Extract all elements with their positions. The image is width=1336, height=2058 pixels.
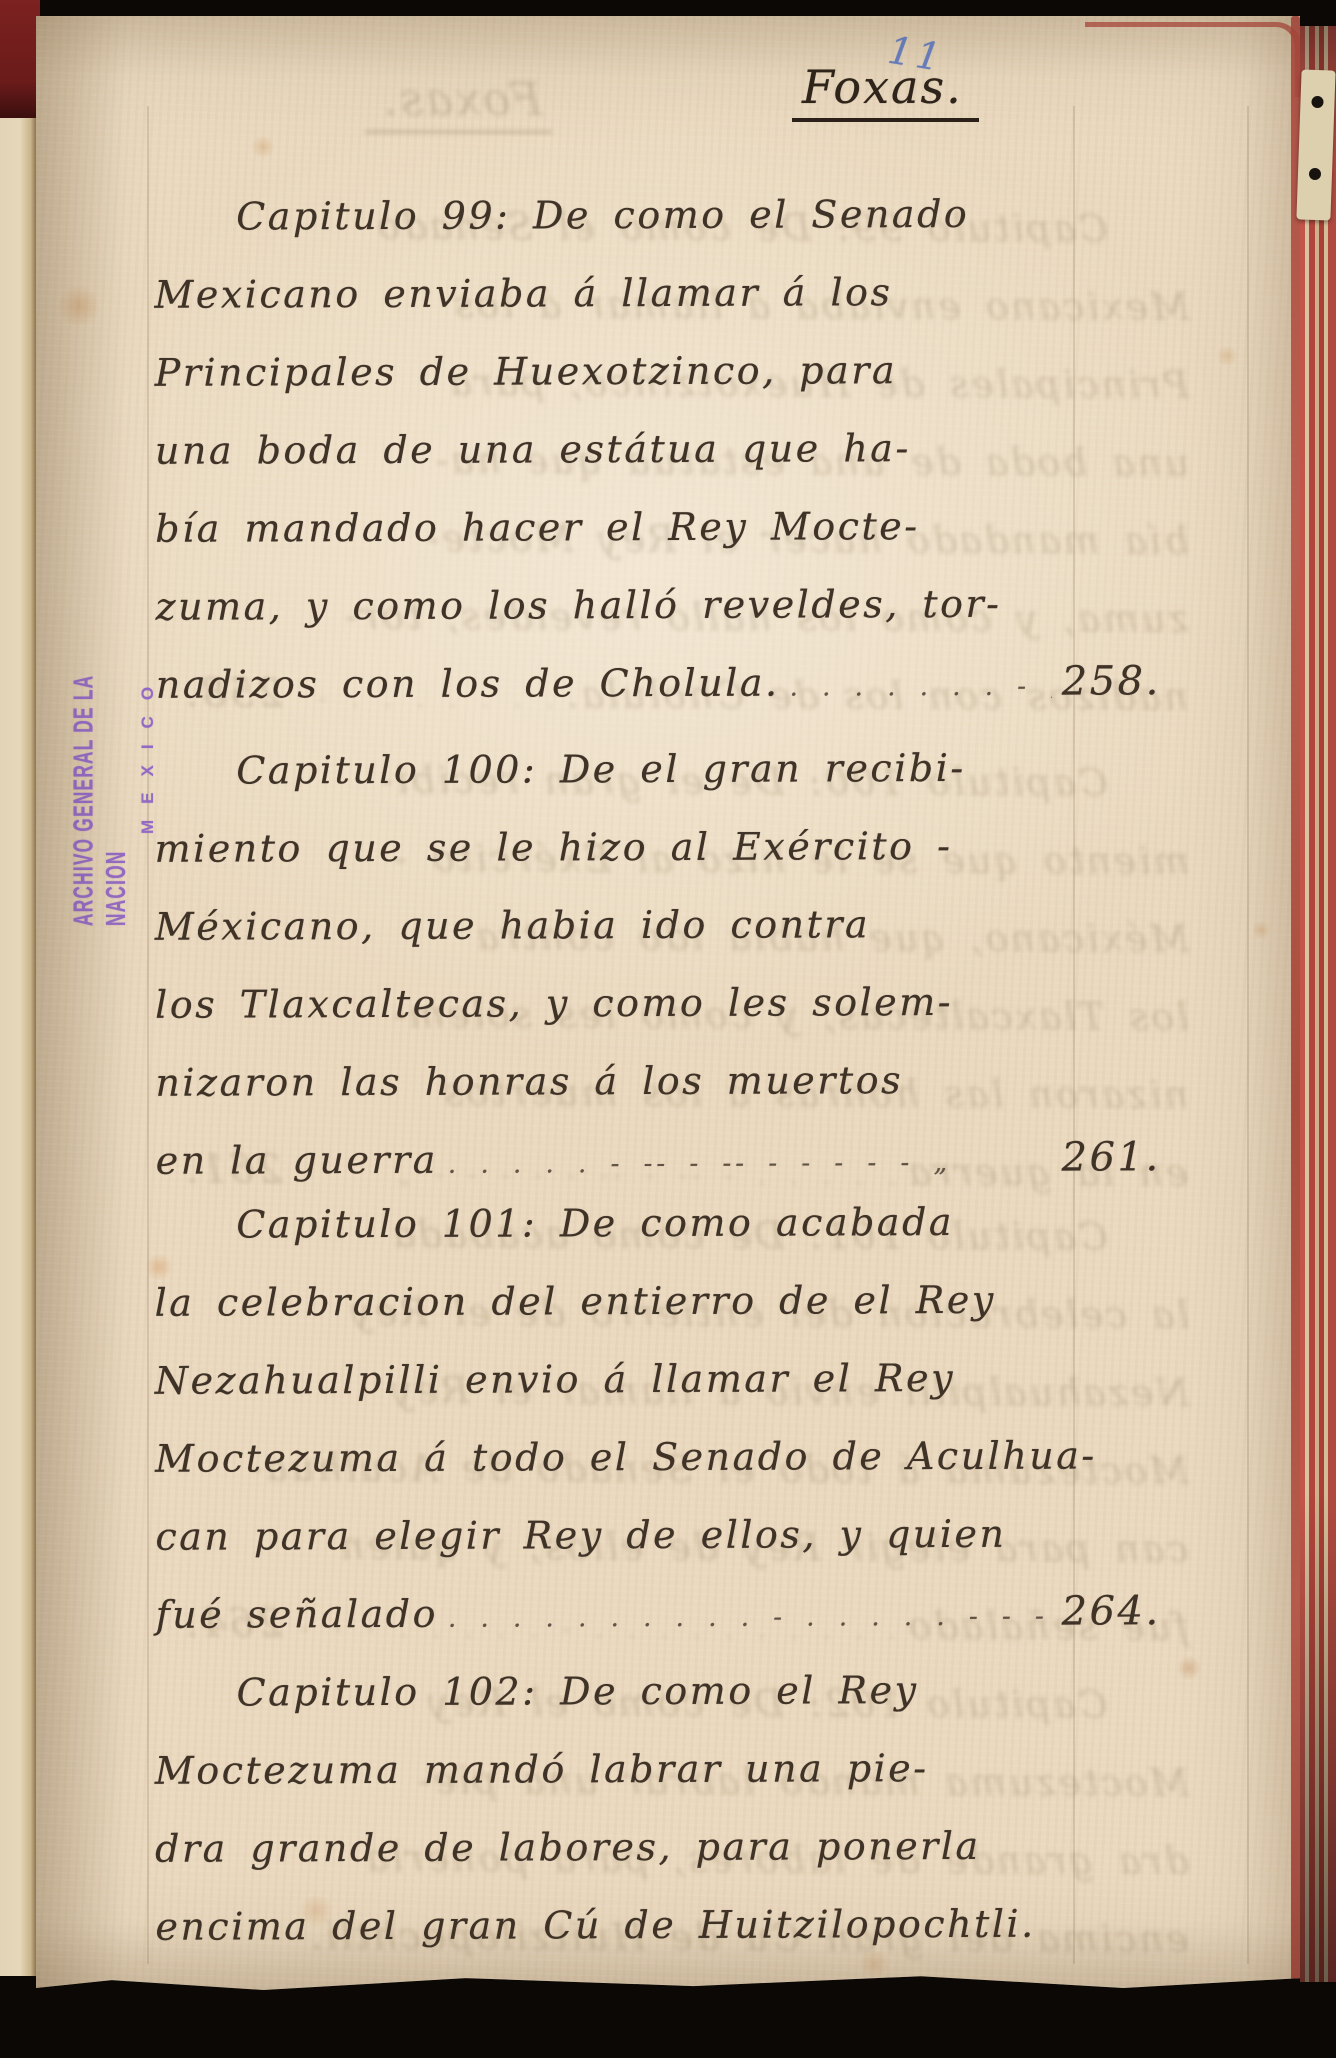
punch-hole — [1309, 168, 1321, 180]
dot-leader: . . . . . . . - „ — [789, 648, 1051, 727]
red-page-edge — [1291, 16, 1300, 1992]
punch-hole — [1311, 96, 1323, 108]
manuscript-line: una boda de una estátua que ha- — [155, 408, 1160, 490]
toc-entries: Capitulo 99: De como el SenadoMexicano e… — [36, 16, 1300, 1992]
manuscript-line: Capitulo 99: De como el Senado — [154, 174, 1159, 256]
manuscript-line: los Tlaxcaltecas, y como les solem- — [155, 962, 1160, 1044]
toc-entry: Capitulo 100: De el gran recibi-miento q… — [154, 728, 1161, 1205]
archive-stamp: ARCHIVO GENERAL DE LA NACION MEXICO — [78, 586, 152, 926]
manuscript-line: Nezahualpilli envio á llamar el Rey — [155, 1338, 1160, 1420]
entry-text: nadizos con los de Cholula. — [156, 644, 780, 724]
toc-entry: Capitulo 99: De como el SenadoMexicano e… — [154, 174, 1161, 729]
manuscript-line: nizaron las honras á los muertos — [155, 1040, 1160, 1122]
manuscript-line: Capitulo 101: De como acabada — [154, 1182, 1159, 1264]
red-edge-corner — [1085, 22, 1302, 97]
page-content: 11 Foxas. Capitulo 99: De como el Senado… — [36, 16, 1300, 1992]
manuscript-line: Principales de Huexotzinco, para — [155, 330, 1160, 412]
manuscript-page: 11 Foxas. Capitulo 99: De como el Senado… — [36, 16, 1300, 1992]
manuscript-line: bía mandado hacer el Rey Mocte- — [155, 486, 1160, 568]
book-fore-edge — [1300, 26, 1336, 1982]
manuscript-line: can para elegir Rey de ellos, y quien — [155, 1494, 1160, 1576]
manuscript-line: Capitulo 102: De como el Rey — [154, 1650, 1159, 1732]
manuscript-line: Mexicano enviaba á llamar á los — [154, 252, 1159, 334]
entry-text: fué señalado — [156, 1575, 439, 1654]
page-ref: 258. — [1062, 642, 1161, 720]
page-ref: 264. — [1061, 1572, 1160, 1650]
dot-leader: . . . . . . . . . . - . . . . . - - - „ — [448, 1578, 1052, 1658]
toc-entry-ref-line: fué señalado. . . . . . . . . . - . . . … — [156, 1572, 1161, 1659]
manuscript-line: Capitulo 100: De el gran recibi- — [154, 728, 1159, 810]
adjacent-page-edge — [0, 14, 36, 1976]
manuscript-line: dra grande de labores, para ponerla — [155, 1806, 1160, 1888]
toc-entry: Capitulo 102: De como el ReyMoctezuma ma… — [154, 1650, 1160, 1966]
manuscript-line: zuma, y como los halló reveldes, tor- — [155, 564, 1160, 646]
manuscript-line: Méxicano, que habia ido contra — [155, 884, 1160, 966]
book-cover-corner — [0, 0, 40, 118]
archive-stamp-country: MEXICO — [138, 586, 158, 834]
manuscript-line: la celebracion del entierro de el Rey — [154, 1260, 1159, 1342]
manuscript-line: Moctezuma á todo el Senado de Aculhua- — [155, 1416, 1160, 1498]
manuscript-line: miento que se le hizo al Exército - — [154, 806, 1159, 888]
toc-entry-ref-line: nadizos con los de Cholula.. . . . . . .… — [156, 642, 1161, 729]
page-marker-tab — [1296, 69, 1335, 220]
manuscript-line: Moctezuma mandó labrar una pie- — [155, 1728, 1160, 1810]
manuscript-scan: 11 Foxas. Capitulo 99: De como el Senado… — [0, 0, 1336, 2058]
archive-stamp-text: ARCHIVO GENERAL DE LA NACION — [69, 634, 133, 926]
toc-entry: Capitulo 101: De como acabadala celebrac… — [154, 1182, 1161, 1659]
manuscript-line: encima del gran Cú de Huitzilopochtli. — [155, 1884, 1160, 1966]
